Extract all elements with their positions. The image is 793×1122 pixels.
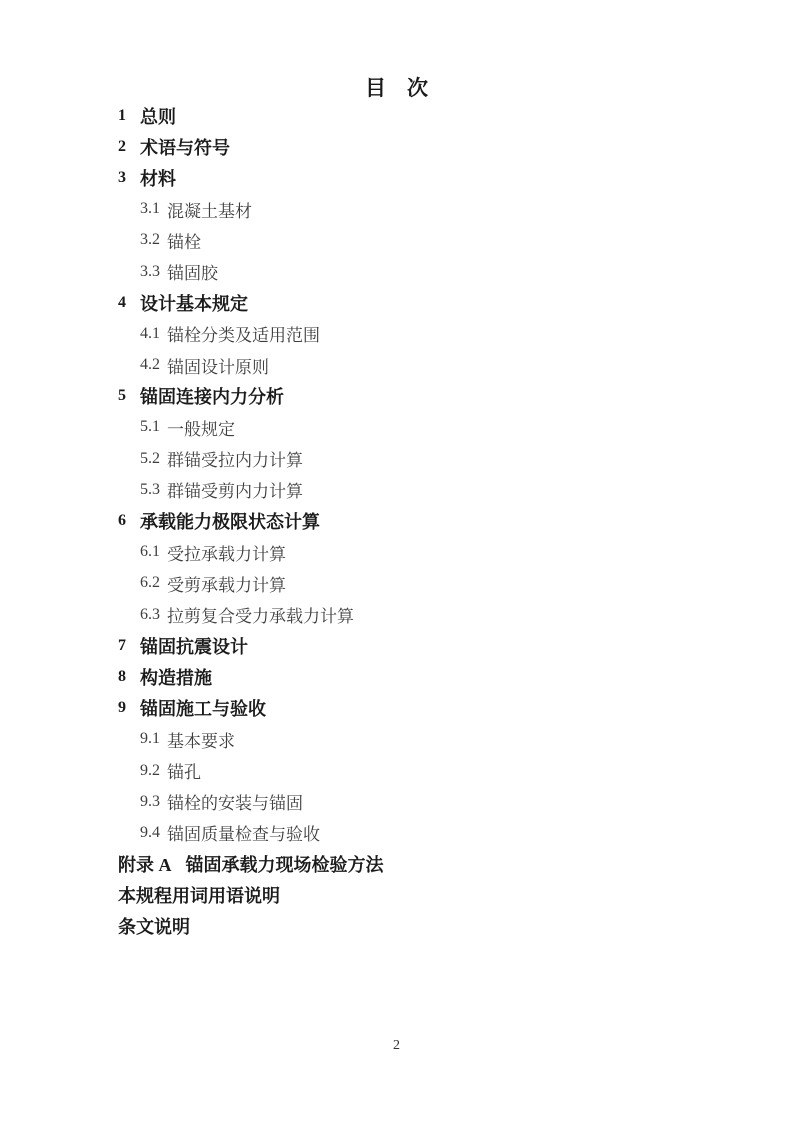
toc-entry-number: 6 bbox=[118, 512, 140, 530]
toc-list: 1 总则 2 术语与符号 3 材料 3.1 混凝土基材 3.2 锚栓 3.3 锚… bbox=[118, 100, 733, 942]
toc-entry-label: 群锚受拉内力计算 bbox=[167, 446, 303, 471]
toc-entry-number: 4.2 bbox=[140, 356, 160, 374]
toc-entry: 条文说明 bbox=[118, 911, 733, 942]
toc-entry: 4 设计基本规定 bbox=[118, 287, 733, 318]
toc-entry-label: 总则 bbox=[140, 103, 176, 129]
toc-entry-number: 2 bbox=[118, 138, 140, 156]
toc-entry-number: 6.1 bbox=[140, 543, 160, 561]
toc-entry-number: 1 bbox=[118, 107, 140, 125]
toc-entry-label: 锚固设计原则 bbox=[167, 353, 269, 378]
toc-entry-label: 设计基本规定 bbox=[140, 290, 248, 316]
toc-entry: 2 术语与符号 bbox=[118, 131, 733, 162]
toc-entry-number: 5.2 bbox=[140, 450, 160, 468]
toc-entry-number: 3.1 bbox=[140, 200, 160, 218]
toc-entry: 本规程用词用语说明 bbox=[118, 880, 733, 911]
toc-entry: 3.3 锚固胶 bbox=[118, 256, 733, 287]
toc-entry-label: 锚栓分类及适用范围 bbox=[167, 321, 320, 346]
toc-entry-label: 锚固连接内力分析 bbox=[140, 383, 284, 409]
toc-entry: 3.1 混凝土基材 bbox=[118, 194, 733, 225]
toc-entry: 6 承载能力极限状态计算 bbox=[118, 505, 733, 536]
toc-entry-label: 一般规定 bbox=[167, 415, 235, 440]
toc-entry-label: 承载能力极限状态计算 bbox=[140, 508, 320, 534]
toc-entry: 6.3 拉剪复合受力承载力计算 bbox=[118, 599, 733, 630]
toc-entry-number: 6.3 bbox=[140, 606, 160, 624]
toc-entry-label: 本规程用词用语说明 bbox=[118, 882, 280, 908]
toc-entry: 3 材料 bbox=[118, 162, 733, 193]
toc-entry-number: 9.4 bbox=[140, 824, 160, 842]
toc-entry: 4.1 锚栓分类及适用范围 bbox=[118, 318, 733, 349]
toc-entry: 6.2 受剪承载力计算 bbox=[118, 568, 733, 599]
toc-entry-number: 6.2 bbox=[140, 574, 160, 592]
toc-entry: 5 锚固连接内力分析 bbox=[118, 381, 733, 412]
toc-entry: 6.1 受拉承载力计算 bbox=[118, 537, 733, 568]
toc-entry: 5.1 一般规定 bbox=[118, 412, 733, 443]
toc-entry-label: 混凝土基材 bbox=[167, 197, 252, 222]
toc-entry-number: 9.3 bbox=[140, 793, 160, 811]
toc-entry-label: 条文说明 bbox=[118, 913, 190, 939]
toc-entry: 3.2 锚栓 bbox=[118, 225, 733, 256]
toc-entry-label: 锚固施工与验收 bbox=[140, 695, 266, 721]
toc-entry-label: 材料 bbox=[140, 165, 176, 191]
toc-entry-label: 锚固质量检查与验收 bbox=[167, 820, 320, 845]
toc-entry: 9.4 锚固质量检查与验收 bbox=[118, 817, 733, 848]
toc-entry: 9.1 基本要求 bbox=[118, 724, 733, 755]
toc-entry: 4.2 锚固设计原则 bbox=[118, 350, 733, 381]
toc-entry-label: 构造措施 bbox=[140, 664, 212, 690]
toc-entry-label: 锚固抗震设计 bbox=[140, 633, 248, 659]
toc-entry-number: 附录 A bbox=[118, 851, 172, 877]
toc-entry: 附录 A 锚固承载力现场检验方法 bbox=[118, 849, 733, 880]
toc-entry-number: 8 bbox=[118, 668, 140, 686]
toc-entry: 5.3 群锚受剪内力计算 bbox=[118, 474, 733, 505]
toc-entry-label: 受剪承载力计算 bbox=[167, 571, 286, 596]
toc-entry-number: 7 bbox=[118, 637, 140, 655]
toc-entry-number: 4.1 bbox=[140, 325, 160, 343]
document-page: 目 次 1 总则 2 术语与符号 3 材料 3.1 混凝土基材 3.2 锚栓 3… bbox=[0, 0, 793, 1122]
toc-entry-label: 锚栓的安装与锚固 bbox=[167, 789, 303, 814]
toc-entry-number: 3.2 bbox=[140, 231, 160, 249]
toc-entry-label: 锚栓 bbox=[167, 228, 201, 253]
toc-entry-label: 锚孔 bbox=[167, 758, 201, 783]
toc-entry-number: 5.1 bbox=[140, 418, 160, 436]
toc-entry-label: 群锚受剪内力计算 bbox=[167, 477, 303, 502]
toc-entry: 9.3 锚栓的安装与锚固 bbox=[118, 786, 733, 817]
toc-entry: 7 锚固抗震设计 bbox=[118, 630, 733, 661]
toc-entry-number: 3.3 bbox=[140, 263, 160, 281]
toc-entry-label: 术语与符号 bbox=[140, 134, 230, 160]
toc-entry-label: 锚固承载力现场检验方法 bbox=[186, 851, 384, 877]
toc-entry-label: 受拉承载力计算 bbox=[167, 540, 286, 565]
toc-entry: 8 构造措施 bbox=[118, 661, 733, 692]
toc-entry-label: 锚固胶 bbox=[167, 259, 218, 284]
toc-entry: 9.2 锚孔 bbox=[118, 755, 733, 786]
toc-entry: 9 锚固施工与验收 bbox=[118, 693, 733, 724]
toc-entry-number: 9.1 bbox=[140, 730, 160, 748]
page-title: 目 次 bbox=[0, 76, 793, 100]
toc-entry: 1 总则 bbox=[118, 100, 733, 131]
page-number: 2 bbox=[0, 1038, 793, 1054]
toc-entry-label: 拉剪复合受力承载力计算 bbox=[167, 602, 354, 627]
toc-entry-number: 5 bbox=[118, 387, 140, 405]
toc-entry-number: 9 bbox=[118, 699, 140, 717]
toc-entry-label: 基本要求 bbox=[167, 727, 235, 752]
toc-entry-number: 4 bbox=[118, 294, 140, 312]
toc-entry: 5.2 群锚受拉内力计算 bbox=[118, 443, 733, 474]
toc-entry-number: 9.2 bbox=[140, 762, 160, 780]
toc-entry-number: 3 bbox=[118, 169, 140, 187]
toc-entry-number: 5.3 bbox=[140, 481, 160, 499]
